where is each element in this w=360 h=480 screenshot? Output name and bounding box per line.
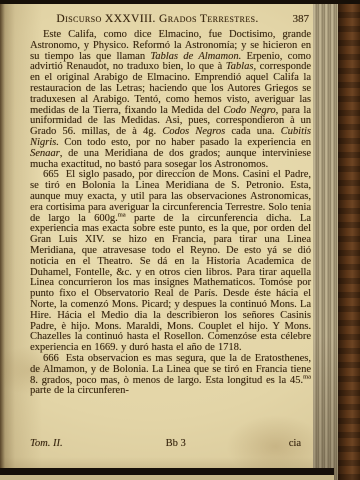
- page-number: 387: [293, 12, 310, 26]
- paragraph: 665El siglo pasado, por direccion de Mon…: [30, 170, 311, 354]
- scan-bottom-edge: [0, 468, 334, 475]
- book-cover: [338, 0, 360, 480]
- paragraph-number: 666: [43, 353, 59, 364]
- paragraph: Este Califa, como dice Elmacino, fue Doc…: [30, 30, 311, 170]
- footer-signature: Bb 3: [166, 438, 186, 449]
- book-fore-edge: [313, 0, 338, 480]
- page-footer: Tom. II. Bb 3 cia: [30, 438, 311, 449]
- page-text-column: Discurso XXXVIII. Grados Terrestres. 387…: [30, 12, 311, 397]
- paragraph-number: 665: [43, 169, 59, 180]
- scan-top-edge: [0, 0, 360, 4]
- footer-volume: Tom. II.: [30, 438, 63, 449]
- running-head: Discurso XXXVIII. Grados Terrestres. 387: [30, 12, 311, 27]
- scanned-book-page: Discurso XXXVIII. Grados Terrestres. 387…: [0, 0, 360, 480]
- scan-bottom-sliver: [0, 475, 334, 480]
- footer-catchword: cia: [289, 438, 301, 449]
- running-head-title: Discurso XXXVIII. Grados Terrestres.: [30, 12, 311, 26]
- paragraph: 666Esta observacion es mas segura, que l…: [30, 354, 311, 397]
- page-text: Este Califa, como dice Elmacino, fue Doc…: [30, 30, 311, 397]
